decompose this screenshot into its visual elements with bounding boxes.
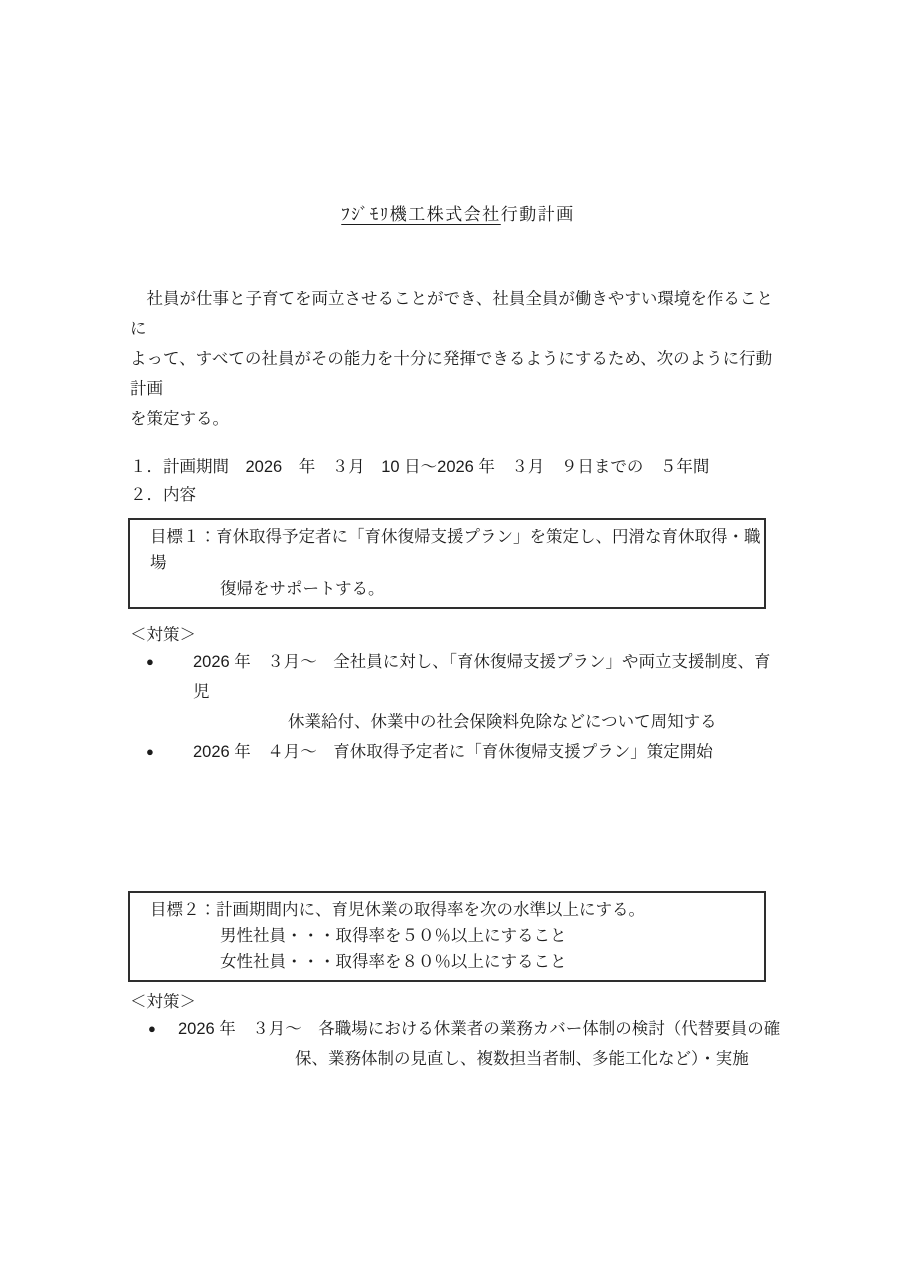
measure-text: 2026 年 ３月～ 各職場における休業者の業務カバー体制の検討（代替要員の確 … [178,1014,786,1074]
goal2-line: 女性社員・・・取得率を８０％以上にすること [130,949,764,975]
numbered-items: １．計画期間 2026 年 ３月 10 日～2026 年 ３月 ９日までの ５年… [130,453,786,509]
document-page: ﾌｼﾞﾓﾘ機工株式会社行動計画 社員が仕事と子育てを両立させることができ、社員全… [0,0,905,1280]
bullet-icon: ● [130,1014,178,1074]
goal1-line: 復帰をサポートする。 [130,576,764,602]
plan-period-line: １．計画期間 2026 年 ３月 10 日～2026 年 ３月 ９日までの ５年… [130,453,786,481]
content-heading-line: ２．内容 [130,481,786,509]
measure-item: ● 2026 年 ４月～ 育休取得予定者に「育休復帰支援プラン」策定開始 [130,737,786,767]
title-suffix: 行動計画 [501,205,575,224]
measure-text: 2026 年 ３月～ 全社員に対し、「育休復帰支援プラン」や両立支援制度、育児 … [193,647,786,737]
measure-text: 2026 年 ４月～ 育休取得予定者に「育休復帰支援プラン」策定開始 [193,737,786,767]
bullet-icon: ● [130,647,193,737]
measure-line: 保、業務体制の見直し、複数担当者制、多能工化など）・実施 [178,1044,786,1074]
intro-line: 社員が仕事と子育てを両立させることができ、社員全員が働きやすい環境を作ることに [130,284,786,344]
measure-line: 2026 年 ４月～ 育休取得予定者に「育休復帰支援プラン」策定開始 [193,737,786,767]
measure-item: ● 2026 年 ３月～ 全社員に対し、「育休復帰支援プラン」や両立支援制度、育… [130,647,786,737]
measure-line: 2026 年 ３月～ 全社員に対し、「育休復帰支援プラン」や両立支援制度、育児 [193,647,786,707]
goal1-box: 目標１：育休取得予定者に「育休復帰支援プラン」を策定し、円滑な育休取得・職場 復… [128,518,766,609]
goal1-line: 目標１：育休取得予定者に「育休復帰支援プラン」を策定し、円滑な育休取得・職場 [130,524,764,576]
document-title: ﾌｼﾞﾓﾘ機工株式会社行動計画 [130,202,786,228]
intro-line: を策定する。 [130,404,786,434]
company-name: ﾌｼﾞﾓﾘ機工株式会社 [341,205,501,224]
goal2-line: 目標２：計画期間内に、育児休業の取得率を次の水準以上にする。 [130,897,764,923]
measure-line: 休業給付、休業中の社会保険料免除などについて周知する [193,707,786,737]
intro-paragraph: 社員が仕事と子育てを両立させることができ、社員全員が働きやすい環境を作ることに … [130,284,786,434]
measures1-heading: ＜対策＞ [130,623,786,647]
intro-line: よって、すべての社員がその能力を十分に発揮できるようにするため、次のように行動計… [130,344,786,404]
goal2-box: 目標２：計画期間内に、育児休業の取得率を次の水準以上にする。 男性社員・・・取得… [128,891,766,982]
measures2-heading: ＜対策＞ [130,990,786,1014]
bullet-icon: ● [130,737,193,767]
goal2-line: 男性社員・・・取得率を５０％以上にすること [130,923,764,949]
measure-item: ● 2026 年 ３月～ 各職場における休業者の業務カバー体制の検討（代替要員の… [130,1014,786,1074]
measure-line: 2026 年 ３月～ 各職場における休業者の業務カバー体制の検討（代替要員の確 [178,1014,786,1044]
